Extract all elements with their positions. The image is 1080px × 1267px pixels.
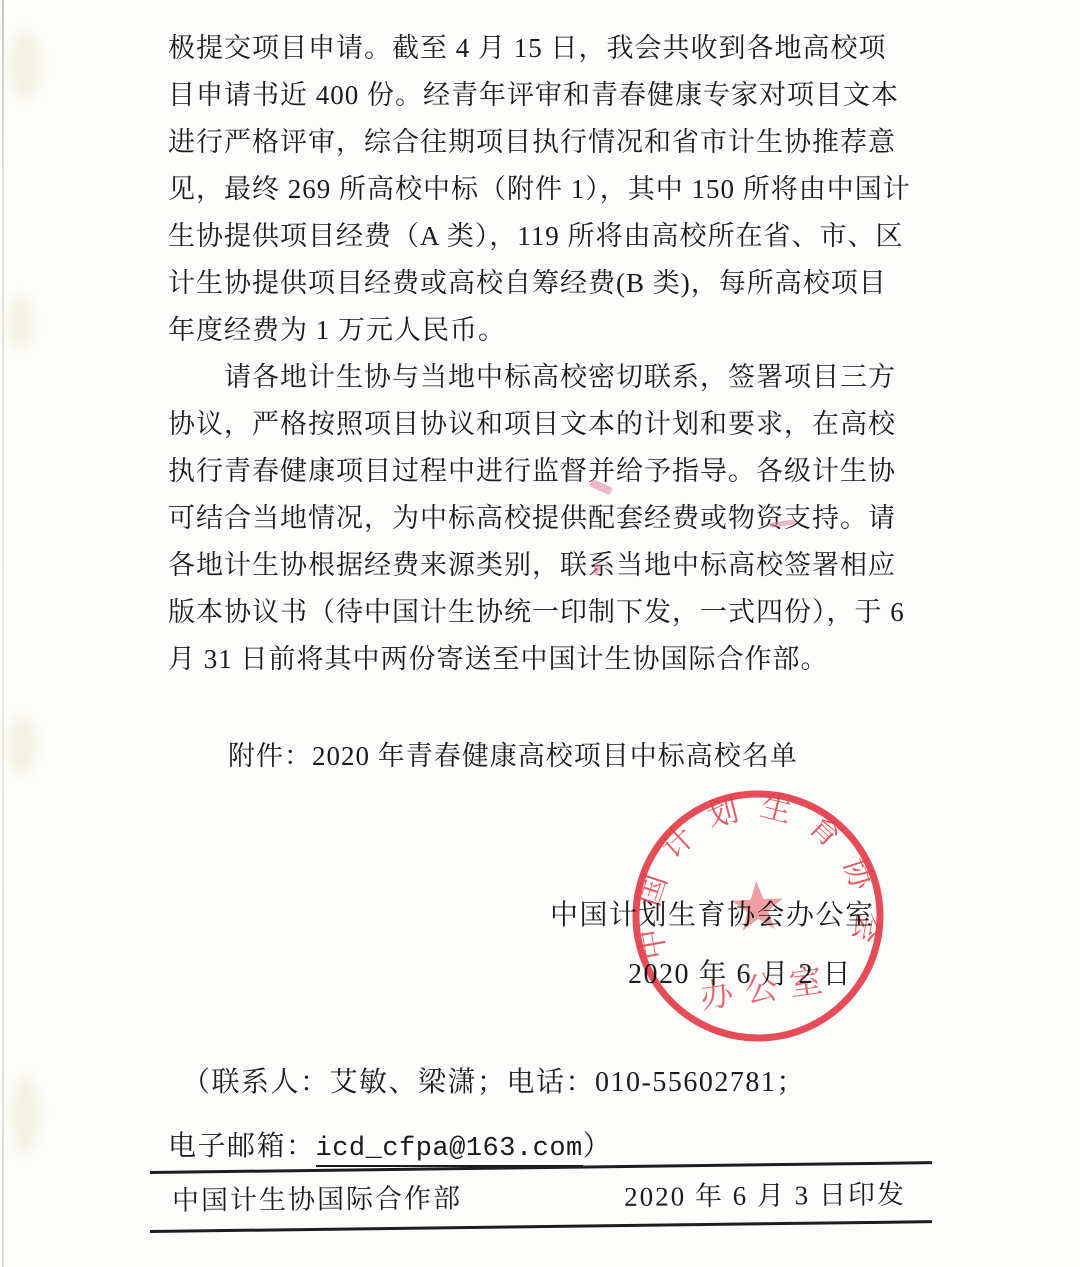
attachment-line: 附件：2020 年青春健康高校项目中标高校名单 (228, 733, 798, 780)
email-closing-paren: ） (583, 1131, 613, 1162)
contact-line: （联系人：艾敏、梁潇；电话：010-55602781； (182, 1062, 806, 1104)
body-line-1: 极提交项目申请。截至 4 月 15 日，我会共收到各地高校项 (168, 25, 916, 72)
footer-row: 中国计生协国际合作部 2020 年 6 月 3 日印发 (150, 1172, 932, 1223)
body-line-8: 请各地计生协与当地中标高校密切联系，签署项目三方 (168, 354, 916, 401)
body-line-3: 进行严格评审，综合往期项目执行情况和省市计生协推荐意 (168, 119, 916, 166)
footer-issuer: 中国计生协国际合作部 (172, 1176, 462, 1223)
body-line-6: 计生协提供项目经费或高校自筹经费(B 类)，每所高校项目 (168, 260, 916, 307)
body-line-5: 生协提供项目经费（A 类），119 所将由高校所在省、市、区 (168, 213, 916, 260)
seal-ring-text: 中国计划生育协会 (623, 781, 888, 976)
body-line-14: 月 31 日前将其中两份寄送至中国计生协国际合作部。 (168, 636, 916, 683)
scan-smudge (8, 30, 42, 100)
body-line-12: 各地计生协根据经费来源类别，联系当地中标高校签署相应 (168, 542, 916, 589)
seal-bottom-text: 办公室 (698, 961, 837, 1016)
scan-smudge (10, 1075, 40, 1155)
email-label: 电子邮箱： (168, 1131, 316, 1162)
footer-print-date: 2020 年 6 月 3 日印发 (624, 1172, 906, 1218)
body-line-13: 版本协议书（待中国计生协统一印制下发，一式四份），于 6 (168, 589, 916, 636)
official-seal: 中国计划生育协会 办公室 (619, 777, 896, 1054)
email-address: icd_cfpa@163.com (316, 1134, 583, 1167)
email-line: 电子邮箱：icd_cfpa@163.com） (168, 1126, 612, 1170)
body-line-10: 执行青春健康项目过程中进行监督并给予指导。各级计生协 (168, 448, 916, 495)
scan-smudge (6, 295, 34, 350)
scan-smudge (6, 715, 38, 775)
seal-star-icon (731, 880, 785, 931)
body-line-2: 目申请书近 400 份。经青年评审和青春健康专家对项目文本 (168, 72, 916, 119)
body-line-11: 可结合当地情况，为中标高校提供配套经费或物资支持。请 (168, 495, 916, 542)
body-line-4: 见，最终 269 所高校中标（附件 1），其中 150 所将由中国计 (168, 166, 916, 213)
body-line-9: 协议，严格按照项目协议和项目文本的计划和要求，在高校 (168, 401, 916, 448)
document-body: 极提交项目申请。截至 4 月 15 日，我会共收到各地高校项 目申请书近 400… (168, 25, 916, 683)
body-line-7: 年度经费为 1 万元人民币。 (168, 307, 916, 354)
footer-rule-bottom (150, 1220, 932, 1233)
scan-page: 极提交项目申请。截至 4 月 15 日，我会共收到各地高校项 目申请书近 400… (0, 0, 1080, 1267)
scan-edge-artifact (2, 0, 4, 1267)
